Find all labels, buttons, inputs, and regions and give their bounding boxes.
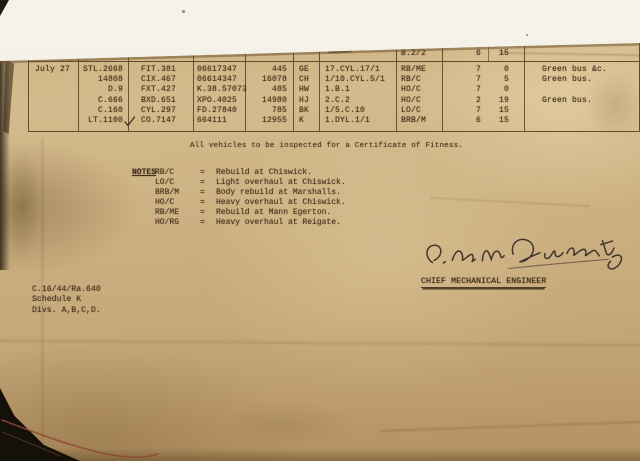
table-cell: HW — [294, 85, 319, 95]
notes-heading: NOTES — [132, 168, 156, 177]
table-cell: BXD.651 — [129, 96, 193, 106]
table-cell: 1.B.1 — [320, 85, 396, 95]
table-cell: CYL.297 — [129, 106, 193, 116]
table-cell — [525, 116, 639, 126]
table-cell: C.666 — [79, 96, 128, 106]
table-cell: 06614347 — [194, 75, 245, 85]
column-fleet-number: STL.2668 14808 D.9 C.666 C.160 LT.1100 — [78, 62, 128, 131]
column-numbers: 70 75 70 219 715 615 — [442, 62, 524, 131]
table-cell: STL.2668 — [79, 65, 128, 75]
table-cell: 70 — [443, 65, 524, 75]
table-cell: CH — [294, 75, 319, 85]
table-cell: XPO.4025 — [194, 96, 245, 106]
table-cell: FD.27840 — [194, 106, 245, 116]
table-cell: 664111 — [194, 116, 245, 126]
column-garage-code: GE CH HW HJ BK K — [293, 62, 319, 131]
note-item: BRB/M=Body rebuild at Marshalls. — [132, 188, 346, 198]
signatory-title: CHIEF MECHANICAL ENGINEER — [421, 277, 546, 288]
table-cell: 14980 — [246, 96, 293, 106]
table-cell: HJ — [294, 96, 319, 106]
table-cell: 1/5.C.10 — [320, 106, 396, 116]
table-cell: CIX.467 — [129, 75, 193, 85]
dust-speck — [526, 34, 528, 36]
table-cell: BK — [294, 106, 319, 116]
table-cell: 445 — [246, 65, 293, 75]
red-thread — [0, 414, 170, 461]
table-cell — [29, 75, 78, 85]
column-mileage: 445 16078 485 14980 785 12955 — [245, 62, 293, 131]
divisions-label: Divs. A,B,C,D. — [32, 306, 101, 316]
table-cell: K — [294, 116, 319, 126]
table-cell: Green bus. — [525, 75, 639, 85]
table-cell: CO.7147 — [129, 116, 193, 126]
table-cell — [525, 106, 639, 116]
table-cell — [29, 85, 78, 95]
note-item: HO/RG=Heavy overhaul at Reigate. — [132, 218, 346, 228]
table-cell: RB/C — [397, 75, 442, 85]
table-cell: LO/C — [397, 106, 442, 116]
table-cell — [29, 116, 78, 126]
note-item: RB/C=Rebuild at Chiswick. — [132, 168, 346, 178]
reference-block: C.16/44/Ra.640 Schedule K Divs. A,B,C,D. — [32, 285, 101, 316]
table-cell: HO/C — [397, 96, 442, 106]
table-cell: 14808 — [79, 75, 128, 85]
table-cell: Green bus. — [525, 96, 639, 106]
table-cell: Green bus &c. — [525, 65, 639, 75]
table-cell: D.9 — [79, 85, 128, 95]
table-cell: 06617347 — [194, 65, 245, 75]
table-cell — [29, 96, 78, 106]
scanned-document: B.2/2 615 July 27 STL.2668 14808 D.9 C.6… — [0, 0, 640, 461]
table-cell: 70 — [443, 85, 524, 95]
table-cell — [29, 106, 78, 116]
table-cell: HO/C — [397, 85, 442, 95]
column-date: July 27 — [29, 62, 78, 131]
table-cell: GE — [294, 65, 319, 75]
note-item: HO/C=Heavy overhaul at Chiswick. — [132, 198, 346, 208]
table-cell: LT.1100 — [79, 116, 128, 126]
table-cell: K.38.57073 — [194, 85, 245, 95]
table-cell: C.160 — [79, 106, 128, 116]
inspection-caption: All vehicles to be inspected for a Certi… — [190, 142, 463, 150]
table-cell: RB/ME — [397, 65, 442, 75]
table-cell — [525, 85, 639, 95]
column-chassis-number: 06617347 06614347 K.38.57073 XPO.4025 FD… — [193, 62, 245, 131]
dust-speck — [182, 10, 185, 13]
table-cell: BRB/M — [397, 116, 442, 126]
table-cell: 615 — [443, 116, 524, 126]
table-cell: 16078 — [246, 75, 293, 85]
table-cell: 1.DYL.1/1 — [320, 116, 396, 126]
column-schedule-code: 17.CYL.17/1 1/10.CYL.5/1 1.B.1 2.C.2 1/5… — [319, 62, 396, 131]
column-remarks: Green bus &c. Green bus. Green bus. — [524, 62, 639, 131]
table-cell: 785 — [246, 106, 293, 116]
notes-legend: NOTES RB/C=Rebuild at Chiswick. LO/C=Lig… — [132, 168, 346, 228]
schedule-label: Schedule K — [32, 295, 101, 305]
note-item: RB/ME=Rebuild at Mann Egerton. — [132, 208, 346, 218]
table-cell: 1/10.CYL.5/1 — [320, 75, 396, 85]
table-cell: 17.CYL.17/1 — [320, 65, 396, 75]
table-cell: July 27 — [29, 65, 78, 75]
table-cell: 219 — [443, 96, 524, 106]
table-cell: 12955 — [246, 116, 293, 126]
table-cell: 485 — [246, 85, 293, 95]
table-cell: FXT.427 — [129, 85, 193, 95]
column-registration: FIT.381 CIX.467 FXT.427 BXD.651 CYL.297 … — [128, 62, 193, 131]
table-cell: 2.C.2 — [320, 96, 396, 106]
table-cell: 715 — [443, 106, 524, 116]
reference-number: C.16/44/Ra.640 — [32, 285, 101, 295]
column-work-code: RB/ME RB/C HO/C HO/C LO/C BRB/M — [396, 62, 442, 131]
table-cell: 75 — [443, 75, 524, 85]
note-item: LO/C=Light overhaul at Chiswick. — [132, 178, 346, 188]
table-cell: FIT.381 — [129, 65, 193, 75]
